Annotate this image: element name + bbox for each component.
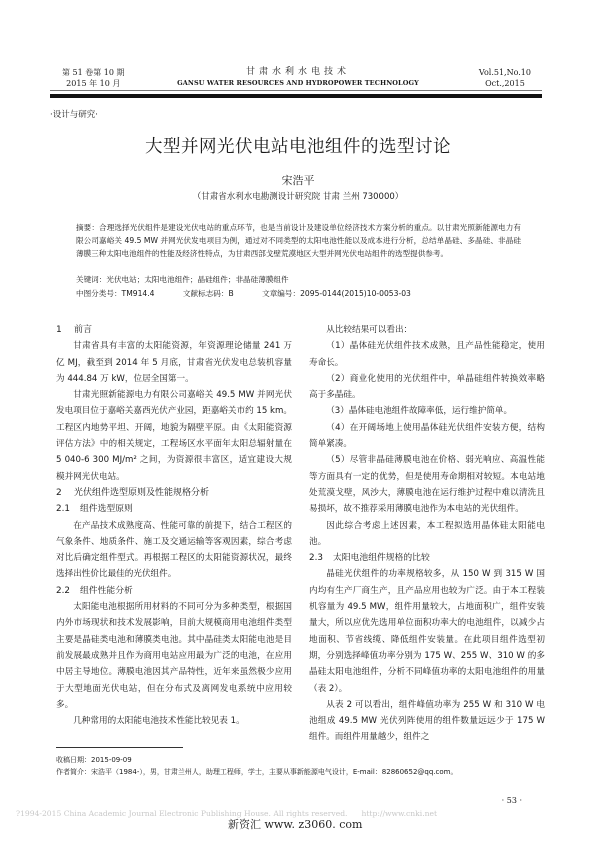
header-vol-en: Vol.51,No.10 bbox=[479, 67, 531, 78]
header-rule-thin bbox=[50, 90, 542, 91]
received-date: 收稿日期：2015-09-09 bbox=[56, 754, 457, 766]
abstract: 摘要：合理选择光伏组件是建设光伏电站的重点环节，也是当前设计及建设单位经济技术方… bbox=[76, 221, 521, 260]
section-heading-2-2: 2.2组件性能分析 bbox=[56, 583, 292, 599]
paragraph: 从比较结果可以看出： bbox=[309, 322, 545, 338]
list-item: （1）晶体硅光伏组件技术成熟，且产品性能稳定，使用寿命长。 bbox=[309, 338, 545, 371]
header-date-en: Oct.,2015 bbox=[479, 78, 531, 89]
list-item: （3）晶体硅电池组件故障率低，运行维护简单。 bbox=[309, 403, 545, 419]
paragraph: 太阳能电池根据所用材料的不同可分为多种类型，根据国内外市场现状和技术发展影响，目… bbox=[56, 599, 292, 713]
body-left-column: 1前言 甘肃省具有丰富的太阳能资源，年资源理论储量 241 万亿 MJ，截至到 … bbox=[56, 322, 292, 729]
paragraph: 甘肃省具有丰富的太阳能资源，年资源理论储量 241 万亿 MJ，截至到 2014… bbox=[56, 338, 292, 387]
author-bio: 作者简介：宋浩平（1984-），男，甘肃兰州人，助理工程师，学士，主要从事新能源… bbox=[56, 766, 457, 778]
watermark: 新资汇 www. z3060. com bbox=[228, 816, 362, 832]
journal-name-en: GANSU WATER RESOURCES AND HYDROPOWER TEC… bbox=[150, 78, 446, 88]
paper-title: 大型并网光伏电站电池组件的选型讨论 bbox=[0, 133, 596, 158]
list-item: （5）尽管非晶硅薄膜电池在价格、弱光响应、高温性能等方面具有一定的优势，但是使用… bbox=[309, 452, 545, 517]
paragraph: 几种常用的太阳能电池技术性能比较见表 1。 bbox=[56, 713, 292, 729]
header-volume-block: 第 51 卷第 10 期 2015 年 10 月 bbox=[62, 67, 125, 89]
classification-line: 中图分类号：TM914.4 文献标志码：B 文章编号：2095-0144(201… bbox=[76, 287, 437, 300]
document-code: 文献标志码：B bbox=[183, 289, 234, 298]
copyright-line: ?1994-2015 China Academic Journal Electr… bbox=[16, 809, 437, 818]
journal-name-cn: 甘肃水利水电技术 bbox=[150, 67, 446, 78]
paragraph: 在产品技术成熟度高、性能可靠的前提下，结合工程区的气象条件、地质条件、施工及交通… bbox=[56, 518, 292, 583]
section-heading-1: 1前言 bbox=[56, 322, 292, 338]
header-date-cn: 2015 年 10 月 bbox=[62, 78, 125, 89]
paragraph: 从表 2 可以看出，组件峰值功率为 255 W 和 310 W 电池组成 49.… bbox=[309, 697, 545, 746]
keywords: 关键词：光伏电站；太阳电池组件；晶硅组件；非晶硅薄膜组件 bbox=[76, 273, 289, 286]
section-heading-2: 2光伏组件选型原则及性能规格分析 bbox=[56, 485, 292, 501]
column-tag: ·设计与研究· bbox=[50, 108, 98, 120]
paragraph: 甘肃光照新能源电力有限公司嘉峪关 49.5 MW 并网光伏发电项目位于嘉峪关嘉西… bbox=[56, 387, 292, 485]
body-right-column: 从比较结果可以看出： （1）晶体硅光伏组件技术成熟，且产品性能稳定，使用寿命长。… bbox=[309, 322, 545, 746]
footnote: 收稿日期：2015-09-09 作者简介：宋浩平（1984-），男，甘肃兰州人，… bbox=[56, 754, 457, 778]
author-affiliation: （甘肃省水利水电勘测设计研究院 甘肃 兰州 730000） bbox=[0, 190, 596, 202]
clc-number: 中图分类号：TM914.4 bbox=[76, 289, 155, 298]
section-heading-2-3: 2.3太阳电池组件规格的比较 bbox=[309, 550, 545, 566]
paragraph: 因此综合考虑上述因素，本工程拟选用晶体硅太阳能电池。 bbox=[309, 518, 545, 551]
article-number: 文章编号：2095-0144(2015)10-0053-03 bbox=[262, 289, 411, 298]
author-name: 宋浩平 bbox=[0, 172, 596, 188]
header-journal-block: 甘肃水利水电技术 GANSU WATER RESOURCES AND HYDRO… bbox=[150, 67, 446, 88]
page-number: · 53 · bbox=[502, 796, 522, 805]
header-vol-block-en: Vol.51,No.10 Oct.,2015 bbox=[479, 67, 531, 89]
cnki-link[interactable]: http://www.cnki.net bbox=[361, 809, 437, 818]
header-rule-thick bbox=[50, 94, 542, 98]
footnote-rule bbox=[56, 747, 183, 748]
list-item: （4）在开阔场地上使用晶体硅光伏组件安装方便，结构简单紧凑。 bbox=[309, 420, 545, 453]
header-volume-issue: 第 51 卷第 10 期 bbox=[62, 67, 125, 78]
paragraph: 晶硅光伏组件的功率规格较多，从 150 W 到 315 W 国内均有生产厂商生产… bbox=[309, 566, 545, 696]
section-heading-2-1: 2.1组件选型原则 bbox=[56, 501, 292, 517]
list-item: （2）商业化使用的光伏组件中，单晶硅组件转换效率略高于多晶硅。 bbox=[309, 371, 545, 404]
